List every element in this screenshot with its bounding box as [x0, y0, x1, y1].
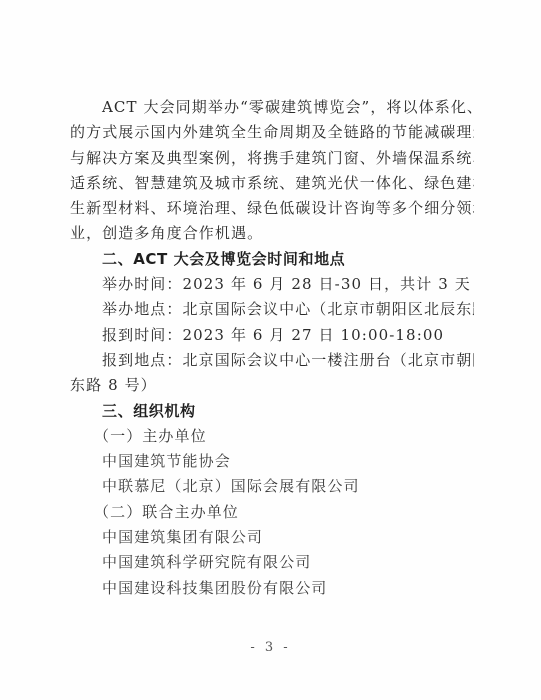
checkin-location-continued: 东路 8 号）: [70, 373, 474, 398]
paragraph-line: 生新型材料、环境治理、绿色低碳设计咨询等多个细分领域领先企: [70, 196, 474, 221]
co-organizer-item: 中国建筑集团有限公司: [70, 525, 474, 550]
section-time-location: 二、ACT 大会及博览会时间和地点 举办时间：2023 年 6 月 28 日-3…: [70, 247, 474, 399]
event-time: 举办时间：2023 年 6 月 28 日-30 日，共计 3 天: [70, 272, 474, 297]
co-organizer-item: 中国建筑科学研究院有限公司: [70, 550, 474, 575]
page-number: - 3 -: [0, 640, 541, 655]
organizer-item: 中国建筑节能协会: [70, 449, 474, 474]
paragraph-line: 的方式展示国内外建筑全生命周期及全链路的节能减碳理念、技术: [70, 120, 474, 145]
paragraph-line: 适系统、智慧建筑及城市系统、建筑光伏一体化、绿色建材、可再: [70, 171, 474, 196]
organizer-item: 中联慕尼（北京）国际会展有限公司: [70, 474, 474, 499]
section-heading: 二、ACT 大会及博览会时间和地点: [70, 247, 474, 272]
co-organizer-item: 中国建设科技集团股份有限公司: [70, 576, 474, 601]
intro-paragraph: ACT 大会同期举办“零碳建筑博览会”，将以体系化、系统性 的方式展示国内外建筑…: [70, 95, 474, 247]
document-body: ACT 大会同期举办“零碳建筑博览会”，将以体系化、系统性 的方式展示国内外建筑…: [70, 95, 474, 601]
document-page: ACT 大会同期举办“零碳建筑博览会”，将以体系化、系统性 的方式展示国内外建筑…: [0, 0, 541, 700]
checkin-time: 报到时间：2023 年 6 月 27 日 10:00-18:00: [70, 323, 474, 348]
paragraph-line: 业，创造多角度合作机遇。: [70, 221, 474, 246]
subsection-heading-organizers: （一）主办单位: [70, 424, 474, 449]
section-heading: 三、组织机构: [70, 399, 474, 424]
subsection-heading-co-organizers: （二）联合主办单位: [70, 500, 474, 525]
event-location: 举办地点：北京国际会议中心（北京市朝阳区北辰东路 8 号）: [70, 297, 474, 322]
paragraph-line: ACT 大会同期举办“零碳建筑博览会”，将以体系化、系统性: [70, 95, 474, 120]
checkin-location: 报到地点：北京国际会议中心一楼注册台（北京市朝阳区北辰: [70, 348, 474, 373]
section-organization: 三、组织机构 （一）主办单位 中国建筑节能协会 中联慕尼（北京）国际会展有限公司…: [70, 399, 474, 601]
paragraph-line: 与解决方案及典型案例，将携手建筑门窗、外墙保温系统、暖通舒: [70, 146, 474, 171]
